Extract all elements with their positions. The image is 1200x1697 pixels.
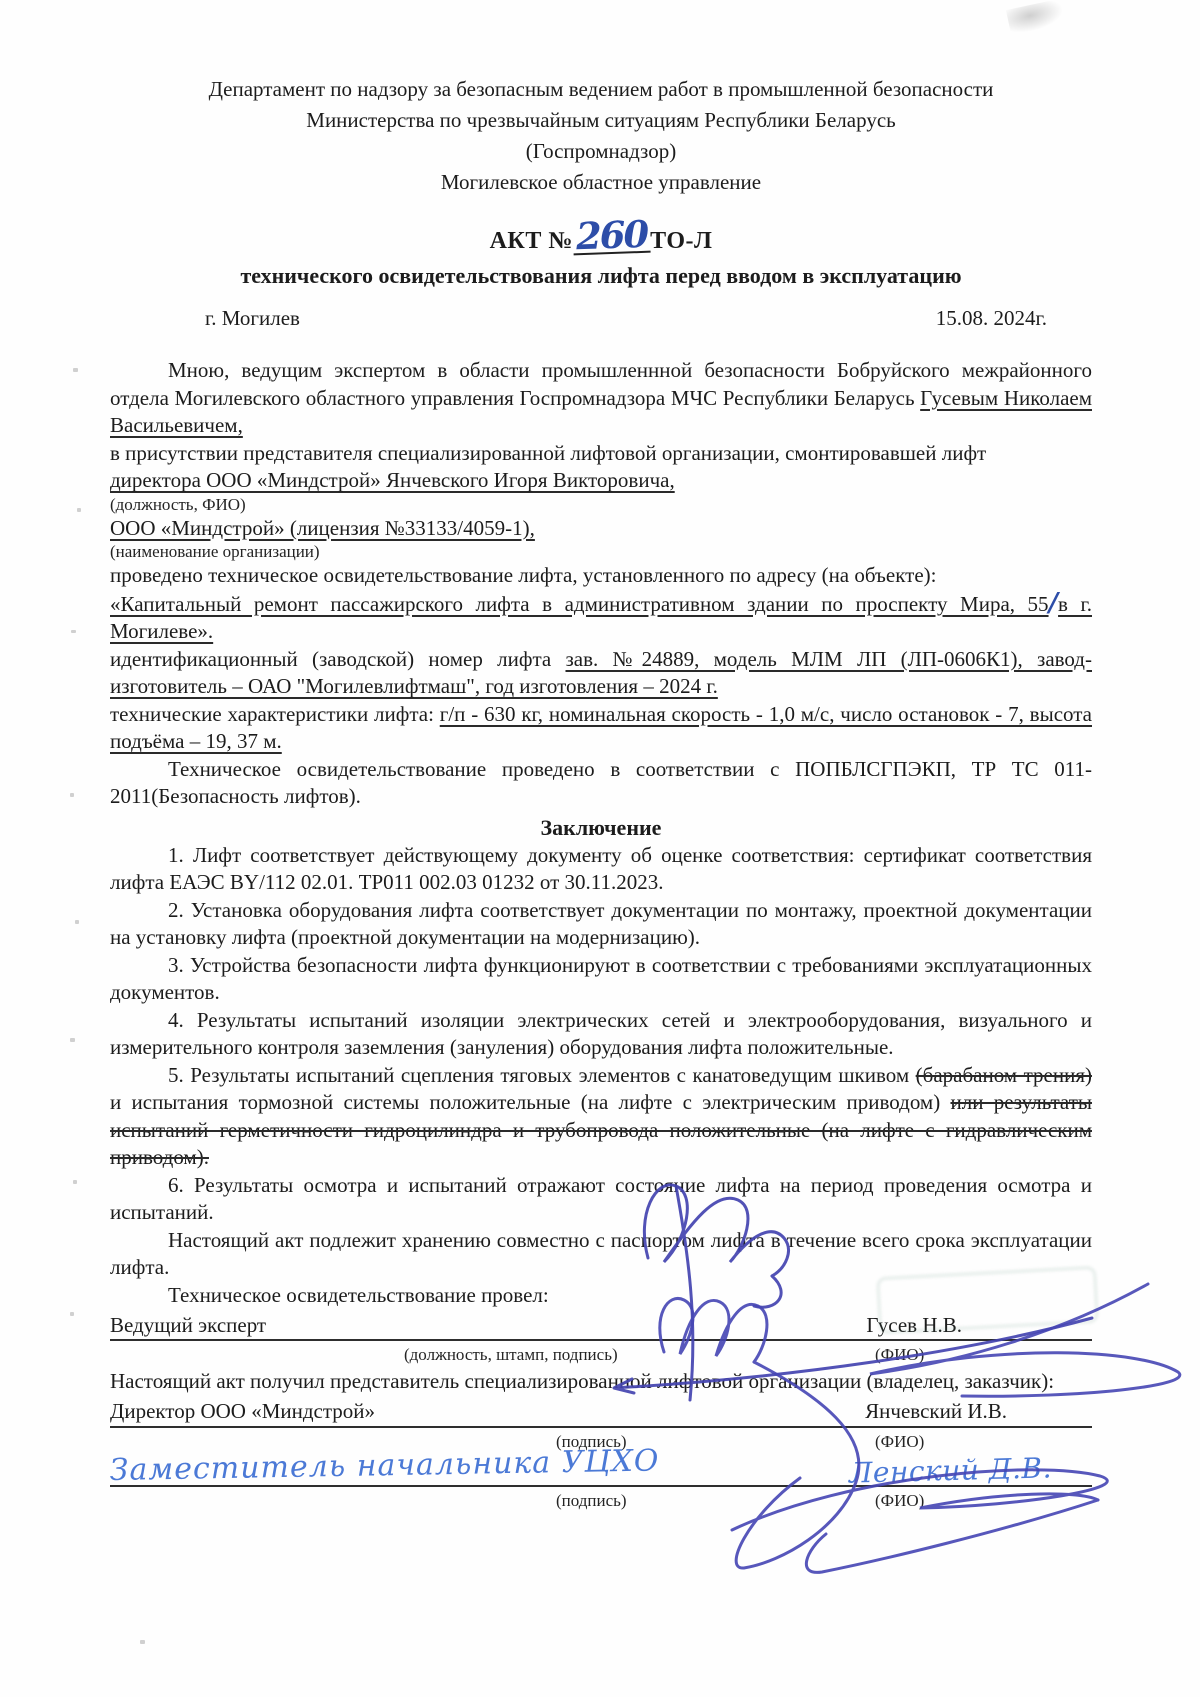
signature-row-director-name: Янчевский И.В.: [865, 1398, 1007, 1426]
caption-fio-1: (ФИО): [875, 1341, 924, 1369]
address-handwritten-slash: /: [1049, 588, 1059, 618]
letterhead-line-3: (Госпромнадзор): [110, 136, 1092, 167]
paragraph-standards: Техническое освидетельствование проведен…: [110, 756, 1092, 811]
caption-fio-2: (ФИО): [875, 1428, 924, 1456]
act-title-prefix: АКТ №: [490, 228, 573, 254]
paragraph-presence: в присутствии представителя специализиро…: [110, 440, 1092, 468]
deputy-position-handwritten: Заместитель начальника УЦХО: [110, 1447, 660, 1484]
conclusion-heading: Заключение: [110, 813, 1092, 842]
scan-speck: [73, 368, 78, 372]
date: 15.08. 2024г.: [936, 305, 1047, 335]
faint-stamp-trace: [877, 1266, 1099, 1333]
paragraph-conducted: проведено техническое освидетельствовани…: [110, 562, 1092, 590]
letterhead-line-1: Департамент по надзору за безопасным вед…: [110, 74, 1092, 105]
conclusion-item-6: 6. Результаты осмотра и испытаний отража…: [110, 1172, 1092, 1227]
paragraph-address: «Капитальный ремонт пассажирского лифта …: [110, 590, 1092, 646]
act-subtitle: технического освидетельствования лифта п…: [110, 261, 1092, 291]
caption-position-stamp-signature: (должность, штамп, подпись): [404, 1341, 618, 1369]
paragraph-director: директора ООО «Миндстрой» Янчевского Иго…: [110, 467, 1092, 495]
item5-text-b: и испытания тормозной системы положитель…: [110, 1090, 950, 1114]
conclusion-item-3: 3. Устройства безопасности лифта функцио…: [110, 952, 1092, 1007]
identification-label: идентификационный (заводской) номер лифт…: [110, 647, 565, 671]
address-underlined-a: «Капитальный ремонт пассажирского лифта …: [110, 592, 1049, 616]
signature-row-director: Директор ООО «Миндстрой» Янчевский И.В.: [110, 1396, 1092, 1428]
item5-text-a: 5. Результаты испытаний сцепления тяговы…: [168, 1063, 916, 1087]
scan-speck: [77, 508, 81, 512]
city: г. Могилев: [205, 305, 300, 335]
scan-speck: [140, 1640, 145, 1644]
scan-speck: [70, 1038, 75, 1042]
item5-struck-1: (барабаном трения): [916, 1063, 1092, 1087]
conclusion-item-4: 4. Результаты испытаний изоляции электри…: [110, 1007, 1092, 1062]
act-title: АКТ №260ТО-Л: [110, 218, 1092, 261]
signature-row-deputy: Заместитель начальника УЦХО Ленский Д.В.: [110, 1449, 1092, 1487]
organization-underlined: ООО «Миндстрой» (лицензия №33133/4059-1)…: [110, 516, 535, 540]
signature-row-director-position: Директор ООО «Миндстрой»: [110, 1398, 375, 1426]
conclusion-item-5: 5. Результаты испытаний сцепления тяговы…: [110, 1062, 1092, 1172]
conclusion-item-1: 1. Лифт соответствует действующему докум…: [110, 842, 1092, 897]
director-name-underlined: директора ООО «Миндстрой» Янчевского Иго…: [110, 468, 675, 492]
conclusion-item-2: 2. Установка оборудования лифта соответс…: [110, 897, 1092, 952]
signature-row-deputy-captions: (подпись) (ФИО): [110, 1487, 1092, 1508]
scanned-document-page: Департамент по надзору за безопасным вед…: [0, 0, 1200, 1697]
act-title-suffix: ТО-Л: [650, 228, 712, 254]
letterhead: Департамент по надзору за безопасным вед…: [110, 74, 1092, 198]
letterhead-line-4: Могилевское областное управление: [110, 167, 1092, 198]
caption-organization: (наименование организации): [110, 542, 1092, 562]
paragraph-tech-specs: технические характеристики лифта: г/п - …: [110, 701, 1092, 756]
signature-row-expert-position: Ведущий эксперт: [110, 1312, 266, 1340]
scan-speck: [70, 1312, 74, 1316]
city-date-row: г. Могилев 15.08. 2024г.: [110, 305, 1092, 335]
paragraph-organization: ООО «Миндстрой» (лицензия №33133/4059-1)…: [110, 515, 1092, 543]
signature-row-expert-captions: (должность, штамп, подпись) (ФИО): [110, 1341, 1092, 1362]
paragraph-expert: Мною, ведущим экспертом в области промыш…: [110, 357, 1092, 440]
scan-speck: [71, 630, 76, 633]
deputy-name-handwritten: Ленский Д.В.: [849, 1454, 1053, 1487]
paragraph-received: Настоящий акт получил представитель спец…: [110, 1368, 1092, 1396]
caption-position-fio: (должность, ФИО): [110, 495, 1092, 515]
caption-signature-3: (подпись): [556, 1487, 627, 1515]
scan-smudge: [1006, 0, 1066, 36]
scan-speck: [75, 920, 79, 924]
paragraph-identification: идентификационный (заводской) номер лифт…: [110, 646, 1092, 701]
act-number-handwritten: 260: [572, 217, 650, 256]
tech-specs-label: технические характеристики лифта:: [110, 702, 440, 726]
scan-speck: [70, 793, 74, 797]
scan-speck: [73, 1180, 77, 1184]
caption-fio-3: (ФИО): [875, 1487, 924, 1515]
letterhead-line-2: Министерства по чрезвычайным ситуациям Р…: [110, 105, 1092, 136]
